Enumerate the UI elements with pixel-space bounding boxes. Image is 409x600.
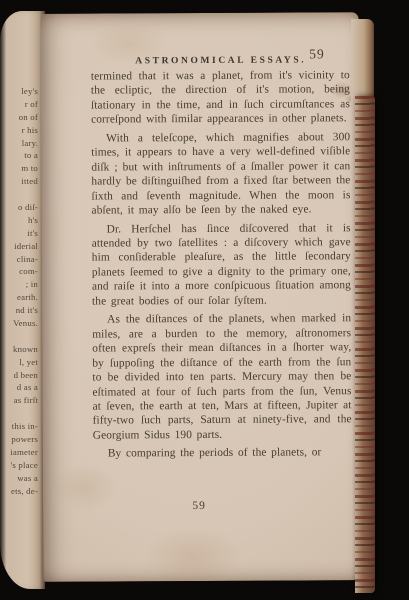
facing-page-text-fragment: lary. [0, 137, 38, 150]
facing-page-text-fragment: ; in [0, 278, 38, 291]
facing-page-text-fragment: o diſ- [0, 201, 38, 214]
book-fore-edge [355, 96, 375, 593]
facing-page-text-fragment: r of [0, 98, 38, 111]
facing-page-text-fragment: nd it's [0, 304, 38, 317]
facing-page-text-fragment: iderial [0, 240, 38, 253]
paragraph: termined that it was a planet, from it's… [91, 68, 350, 127]
facing-page-text-fragment: d been [0, 369, 38, 382]
running-header: ASTRONOMICAL ESSAYS. [135, 55, 306, 66]
facing-page-text-fragment: it's [0, 227, 38, 240]
facing-page-text-fragment: m to [0, 162, 38, 175]
facing-page-text-fragment: r his [0, 124, 38, 137]
facing-page-text-fragment: ets, de- [0, 485, 38, 498]
page-number-top: 59 [309, 46, 325, 62]
facing-page-text-fragment: ley's [0, 85, 38, 98]
facing-page-text-fragment: powers [0, 433, 38, 446]
book-page: ASTRONOMICAL ESSAYS. 59 termined that it… [41, 12, 362, 582]
facing-page-text-fragment: earth. [0, 291, 38, 304]
facing-page-text-fragment: 's place [0, 459, 38, 472]
facing-page-text-fragment [0, 407, 38, 420]
facing-page-text-fragment: clina- [0, 253, 38, 266]
page-number-bottom: 59 [93, 499, 305, 512]
facing-page-text-fragments: ley'sr ofon ofr hislary.to am toittedo d… [0, 11, 45, 498]
facing-page-text-fragment: this in- [0, 420, 38, 433]
facing-page-text-fragment [0, 330, 38, 343]
photo-background: { "book_page": { "running_header": "ASTR… [0, 0, 409, 600]
facing-page-text-fragment: com- [0, 265, 38, 278]
facing-page-text-fragment: l, yet [0, 356, 38, 369]
facing-page-text-fragment: as firſt [0, 394, 38, 407]
facing-page-text-fragment [0, 188, 38, 201]
facing-page-text-fragment: d as a [0, 381, 38, 394]
facing-page-text-fragment: itted [0, 175, 38, 188]
facing-page-edge: ley'sr ofon ofr hislary.to am toittedo d… [0, 11, 45, 589]
facing-page-text-fragment: h's [0, 214, 38, 227]
facing-page-text-fragment: on of [0, 111, 38, 124]
facing-page-text-fragment: Venus. [0, 317, 38, 330]
facing-page-text-fragment: to a [0, 149, 38, 162]
facing-page-text-fragment: iameter [0, 446, 38, 459]
page-body: termined that it was a planet, from it's… [91, 68, 352, 461]
page-edge-corner [351, 19, 374, 105]
facing-page-text-fragment: was a [0, 472, 38, 485]
paragraph: By comparing the periods of the planets,… [93, 446, 352, 462]
paragraph: Dr. Herſchel has ſince diſcovered that i… [92, 221, 351, 309]
page-header: ASTRONOMICAL ESSAYS. 59 [91, 49, 351, 68]
paragraph: As the diſtances of the planets, when ma… [92, 311, 352, 442]
paragraph: With a teleſcope, which magnifies about … [91, 130, 350, 218]
facing-page-text-fragment: known [0, 343, 38, 356]
